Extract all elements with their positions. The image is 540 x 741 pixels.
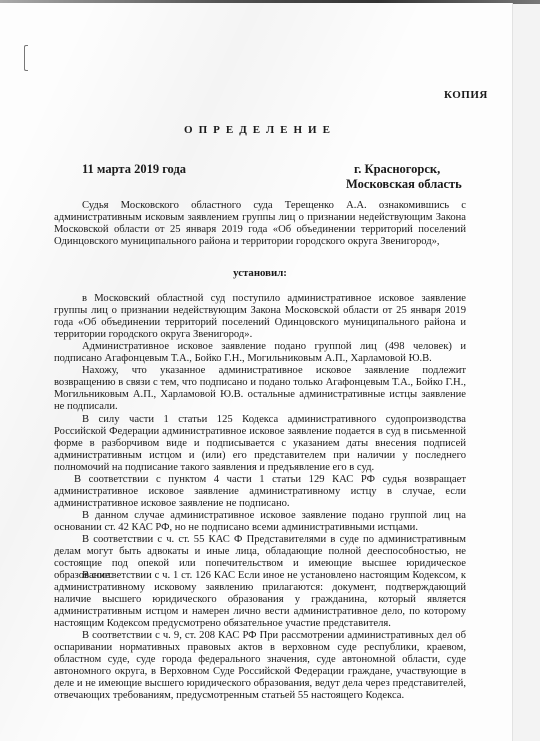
copy-stamp: КОПИЯ (444, 89, 488, 101)
paragraph-5: В соответствии с пунктом 4 части 1 стать… (54, 474, 466, 510)
paragraph-1: в Московский областной суд поступило адм… (54, 293, 466, 341)
paragraph-3: Нахожу, что указанное административное и… (54, 365, 466, 413)
document-page: КОПИЯ ОПРЕДЕЛЕНИЕ 11 марта 2019 года г. … (0, 3, 513, 741)
paragraph-6: В данном случае административное исковое… (54, 510, 466, 534)
paragraph-9: В соответствии с ч. 9, ст. 208 КАС РФ Пр… (54, 630, 466, 703)
established-heading: установил: (54, 267, 466, 279)
document-title: ОПРЕДЕЛЕНИЕ (54, 124, 466, 136)
document-place: г. Красногорск, Московская область (354, 162, 462, 192)
paragraph-8: В соответствии с ч. 1 ст. 126 КАС Если и… (54, 570, 466, 630)
place-city: г. Красногорск, (354, 162, 440, 176)
paragraph-2: Административное исковое заявление подан… (54, 341, 466, 365)
paragraph-4: В силу части 1 статьи 125 Кодекса админи… (54, 414, 466, 474)
place-region: Московская область (346, 177, 462, 192)
document-date: 11 марта 2019 года (82, 162, 186, 177)
intro-paragraph: Судья Московского областного суда Тереще… (54, 200, 466, 248)
margin-bracket-mark (24, 45, 28, 71)
